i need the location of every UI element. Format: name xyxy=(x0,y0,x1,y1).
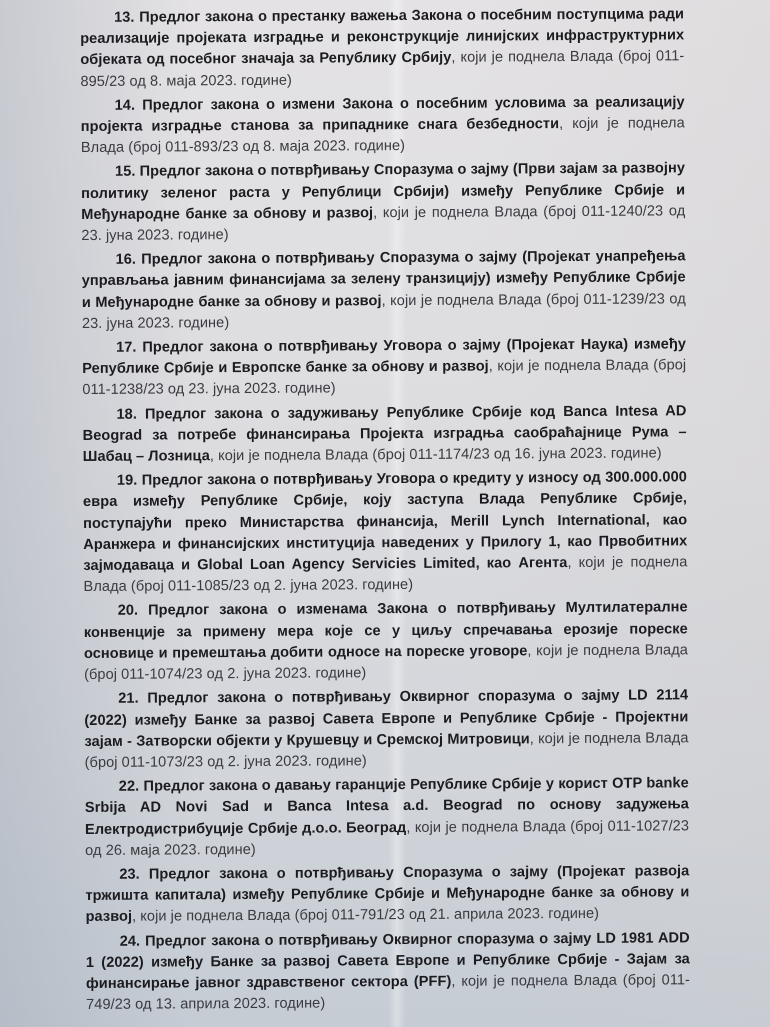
agenda-item-19: 19. Предлог закона о потврђивању Уговора… xyxy=(83,468,688,599)
item-number: 20. xyxy=(118,603,139,619)
agenda-item-14: 14. Предлог закона о измени Закона о пос… xyxy=(81,92,685,159)
agenda-item-22: 22. Предлог закона о давању гаранције Ре… xyxy=(85,773,690,862)
agenda-item-16: 16. Предлог закона о потврђивању Споразу… xyxy=(81,247,686,336)
document-page: 13. Предлог закона о престанку важења За… xyxy=(80,4,690,1019)
item-number: 24. xyxy=(120,933,141,949)
item-number: 15. xyxy=(115,164,136,180)
item-number: 19. xyxy=(117,473,138,489)
agenda-item-15: 15. Предлог закона о потврђивању Споразу… xyxy=(81,159,686,248)
item-number: 21. xyxy=(118,691,139,707)
item-number: 17. xyxy=(116,340,137,356)
item-number: 16. xyxy=(115,252,136,268)
agenda-item-18: 18. Предлог закона о задуживању Републик… xyxy=(82,401,686,468)
agenda-item-23: 23. Предлог закона о потврђивању Споразу… xyxy=(85,861,689,928)
item-submission-info: , који је поднела Влада (број 011-791/23… xyxy=(132,906,599,925)
agenda-item-20: 20. Предлог закона о изменама Закона о п… xyxy=(84,598,689,687)
item-submission-info: , који је поднела Влада (број 011-1174/2… xyxy=(210,446,662,465)
agenda-item-17: 17. Предлог закона о потврђивању Уговора… xyxy=(82,334,686,401)
agenda-item-24: 24. Предлог закона о потврђивању Оквирно… xyxy=(86,928,691,1017)
item-number: 14. xyxy=(115,97,136,113)
item-number: 13. xyxy=(114,10,135,26)
agenda-item-13: 13. Предлог закона о престанку важења За… xyxy=(80,4,685,93)
agenda-item-21: 21. Предлог закона о потврђивању Оквирно… xyxy=(84,686,689,775)
item-number: 22. xyxy=(119,779,140,795)
item-number: 18. xyxy=(116,406,137,422)
item-number: 23. xyxy=(119,867,140,883)
